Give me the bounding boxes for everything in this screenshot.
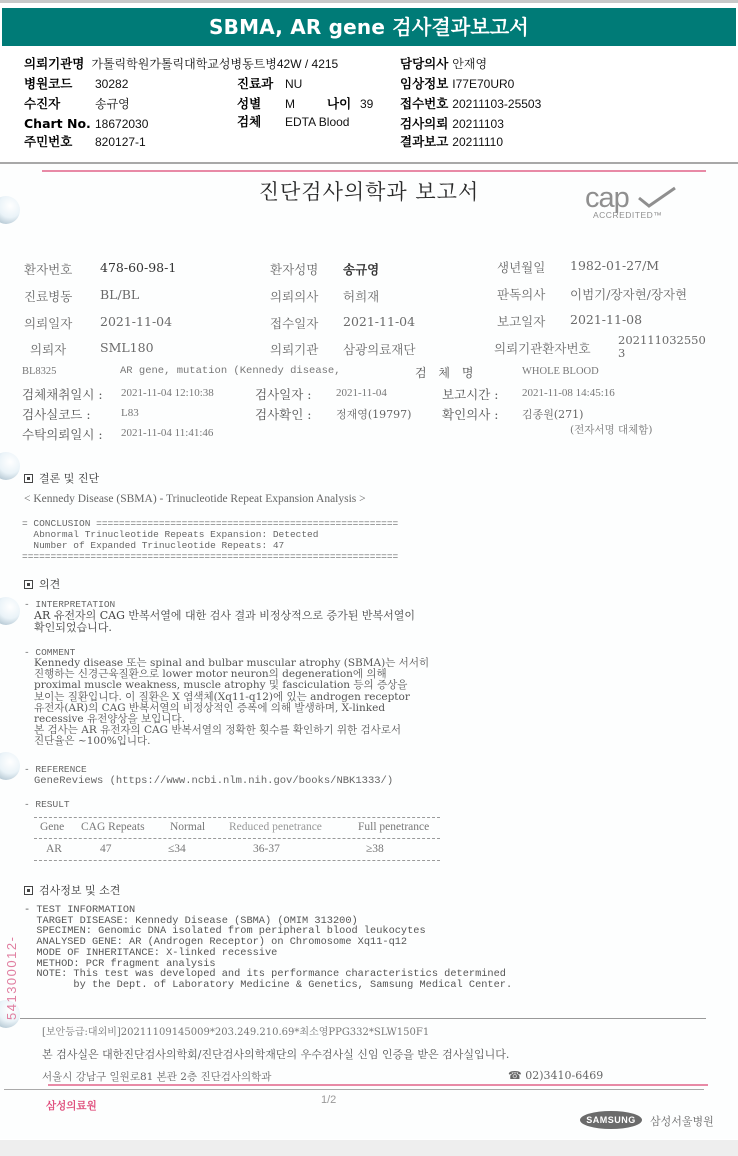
header-field-sex: 성별 — [237, 96, 261, 112]
header-field-resident-no: 주민번호 — [24, 134, 72, 150]
label-birthdate: 생년월일 — [497, 258, 545, 276]
label-institution-patient-no: 의뢰기관환자번호 — [494, 339, 591, 357]
test-name: AR gene, mutation (Kennedy disease, — [120, 365, 341, 377]
label-patient-name: 환자성명 — [270, 260, 318, 278]
checkmark-icon — [635, 186, 677, 208]
value-report-date: 2021-11-08 — [570, 312, 642, 327]
square-bullet-icon — [24, 580, 33, 589]
samsung-logo: SAMSUNG — [580, 1111, 642, 1129]
label-report-time: 보고시간 : — [442, 385, 499, 403]
hospital-name: 삼성서울병원 — [650, 1113, 714, 1129]
header-value-age: 39 — [360, 96, 373, 112]
value-request-date: 2021-11-04 — [100, 314, 172, 329]
section-heading-conclusion: 결론 및 진단 — [24, 470, 99, 486]
page-bottom-margin — [0, 1140, 738, 1156]
test-code: BL8325 — [22, 366, 56, 377]
footer-rule-gray — [4, 1089, 704, 1090]
value-reading-doctor: 이범기/장자현/장자현 — [570, 285, 687, 303]
specimen-label: 검 체 명 — [415, 364, 477, 381]
value-collection-time: 2021-11-04 12:10:38 — [121, 387, 214, 399]
header-field-chart-no: Chart No. — [24, 116, 91, 132]
value-institution-patient-no: 202111032550 — [618, 334, 706, 346]
label-confirming-doctor: 확인의사 : — [442, 405, 499, 423]
table-header-normal: Normal — [170, 821, 205, 833]
table-header-gene: Gene — [40, 821, 64, 833]
analysis-title: < Kennedy Disease (SBMA) - Trinucleotide… — [24, 493, 366, 505]
label-consignment-time: 수탁의뢰일시 : — [22, 425, 103, 443]
header-field-patient: 수진자 — [24, 96, 60, 112]
pink-rule-top — [42, 170, 706, 172]
side-document-number: 541300012- — [4, 900, 18, 1020]
result-title: - RESULT — [24, 800, 70, 811]
header-value-sex: M — [285, 96, 295, 112]
square-bullet-icon — [24, 474, 33, 483]
label-test-confirm: 검사확인 : — [255, 405, 312, 423]
label-request-date: 의뢰일자 — [24, 314, 72, 332]
header-value-hospital-code: 30282 — [95, 76, 128, 92]
footer-rule — [20, 1018, 706, 1019]
top-border — [0, 0, 738, 3]
value-ward: BL/BL — [100, 287, 139, 302]
reference-link[interactable]: GeneReviews (https://www.ncbi.nlm.nih.go… — [34, 776, 393, 787]
interpretation-text: AR 유전자의 CAG 반복서열에 대한 검사 결과 비정상적으로 증가된 반복… — [34, 610, 415, 634]
label-test-date: 검사일자 : — [255, 385, 312, 403]
section-heading-opinion: 의견 — [24, 576, 60, 592]
label-requester: 의뢰자 — [30, 340, 66, 358]
test-information-block: - TEST INFORMATION TARGET DISEASE: Kenne… — [24, 905, 512, 991]
security-line: [보안등급:대외비]20211109145009*203.249.210.69*… — [42, 1023, 429, 1038]
comment-text: Kennedy disease 또는 spinal and bulbar mus… — [34, 658, 429, 748]
header-field-doctor: 담당의사 안재영 — [400, 56, 487, 72]
value-consignment-time: 2021-11-04 11:41:46 — [121, 427, 213, 439]
header-field-test-request: 검사의뢰 20211103 — [400, 116, 504, 132]
label-ward: 진료병동 — [24, 287, 72, 305]
value-requester: SML180 — [100, 340, 154, 355]
header-field-receipt-no: 접수번호 20211103-25503 — [400, 96, 541, 112]
scanned-report-page — [0, 164, 738, 1139]
value-requesting-institution: 삼광의료재단 — [343, 340, 415, 358]
header-field-department: 진료과 — [237, 76, 273, 92]
e-signature-note: (전자서명 대체함) — [570, 422, 653, 437]
label-ordering-doctor: 의뢰의사 — [270, 287, 318, 305]
value-confirming-doctor: 김종원(271) — [522, 406, 583, 422]
value-ordering-doctor: 허희재 — [343, 287, 379, 305]
header-field-age: 나이 — [327, 96, 351, 112]
value-birthdate: 1982-01-27/M — [570, 258, 659, 273]
value-institution-patient-no-cont: 3 — [618, 347, 625, 359]
lab-phone: ☎ 02)3410-6469 — [508, 1069, 603, 1082]
label-reading-doctor: 판독의사 — [497, 285, 545, 303]
value-patient-name: 송규영 — [343, 260, 379, 278]
header-field-clinical-info: 임상정보 I77E70UR0 — [400, 76, 514, 92]
value-patient-no: 478-60-98-1 — [100, 260, 176, 275]
header-field-institution: 의뢰기관명 가톨릭학원가톨릭대학교성병동트병42W / 4215 — [24, 56, 338, 72]
label-collection-time: 검체채취일시 : — [22, 385, 103, 403]
header-field-specimen: 검체 — [237, 114, 261, 130]
label-requesting-institution: 의뢰기관 — [270, 340, 318, 358]
header-value-patient: 송규영 — [95, 96, 130, 112]
label-report-date: 보고일자 — [497, 312, 545, 330]
value-test-confirm: 정재영(19797) — [336, 406, 411, 422]
reference-title: - REFERENCE — [24, 765, 87, 776]
header-value-resident-no: 820127-1 — [95, 134, 146, 150]
section-heading-test-info: 검사정보 및 소견 — [24, 882, 120, 898]
header-value-chart-no: 18672030 — [95, 116, 148, 132]
header-field-result-report: 결과보고 20211110 — [400, 134, 503, 150]
table-header-reduced-penetrance: Reduced penetrance — [229, 821, 322, 833]
table-header-full-penetrance: Full penetrance — [358, 821, 429, 833]
certification-note: 본 검사실은 대한진단검사의학회/진단검사의학재단의 우수검사실 신임 인증을 … — [42, 1046, 509, 1062]
label-receipt-date: 접수일자 — [270, 314, 318, 332]
conclusion-block: = CONCLUSION ===========================… — [22, 518, 398, 562]
pink-rule-bottom — [48, 1084, 708, 1086]
square-bullet-icon — [24, 886, 33, 895]
page-indicator: 1/2 — [321, 1094, 336, 1106]
label-lab-code: 검사실코드 : — [22, 405, 91, 423]
cap-accredited-logo: cap ACCREDITED™ — [585, 186, 680, 226]
specimen-value: WHOLE BLOOD — [522, 366, 599, 377]
phone-icon: ☎ — [508, 1069, 522, 1082]
value-test-date: 2021-11-04 — [336, 387, 387, 399]
value-receipt-date: 2021-11-04 — [343, 314, 415, 329]
header-value-department: NU — [285, 76, 302, 92]
header-field-hospital-code: 병원코드 — [24, 76, 72, 92]
samsung-medical-center-brand: 삼성의료원 — [46, 1098, 97, 1113]
report-banner-title: SBMA, AR gene 검사결과보고서 — [2, 8, 736, 46]
header-value-specimen: EDTA Blood — [285, 114, 349, 130]
table-header-cag-repeats: CAG Repeats — [81, 821, 145, 833]
value-report-time: 2021-11-08 14:45:16 — [522, 387, 615, 399]
lab-address: 서울시 강남구 일원로81 본관 2층 진단검사의학과 — [42, 1069, 271, 1084]
label-patient-no: 환자번호 — [24, 260, 72, 278]
value-lab-code: L83 — [121, 407, 139, 419]
